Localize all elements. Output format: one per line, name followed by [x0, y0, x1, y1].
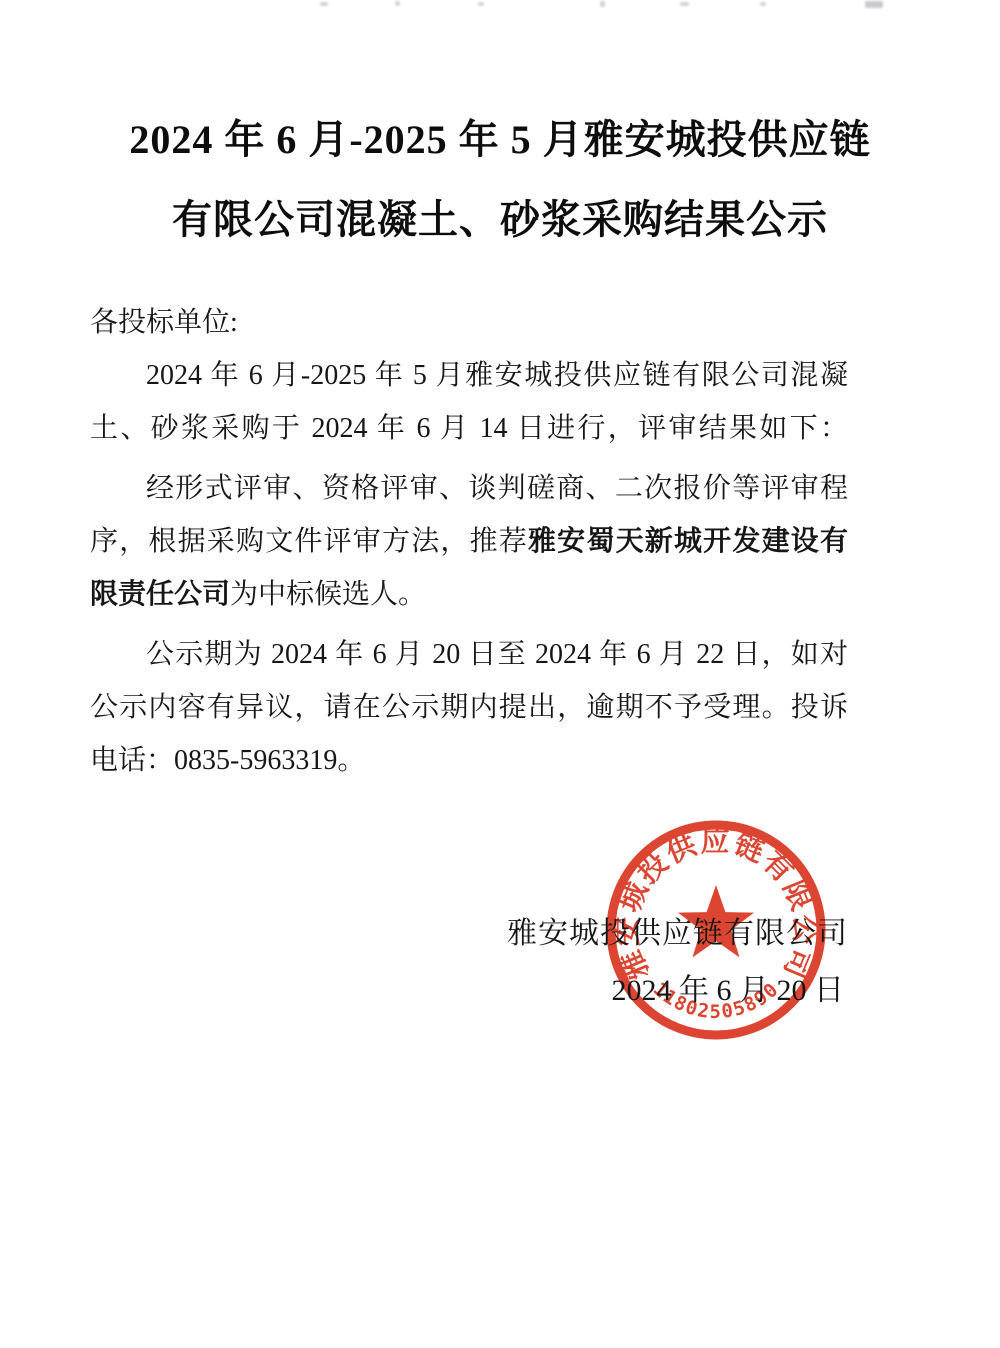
winning-bidder-name: 雅安蜀天新城开发建设有 [528, 526, 848, 557]
body-line: 公示内容有异议，请在公示期内提出，逾期不予受理。投诉 [90, 681, 848, 734]
body-line: 公示期为 2024 年 6 月 20 日至 2024 年 6 月 22 日，如对 [90, 628, 848, 681]
scan-artifacts [0, 0, 1000, 10]
document-title: 2024 年 6 月-2025 年 5 月雅安城投供应链 有限公司混凝土、砂浆采… [0, 100, 1000, 260]
paragraph-2: 经形式评审、资格评审、谈判磋商、二次报价等评审程 序，根据采购文件评审方法，推荐… [90, 462, 848, 621]
title-line-2: 有限公司混凝土、砂浆采购结果公示 [0, 180, 1000, 260]
signature-block: 雅安城投供应链有限公司 2024 年 6 月 20 日 [90, 906, 848, 1020]
signature-company: 雅安城投供应链有限公司 [90, 906, 848, 962]
body-line: 经形式评审、资格评审、谈判磋商、二次报价等评审程 [90, 462, 848, 515]
body-line: 限责任公司为中标候选人。 [90, 568, 848, 621]
paragraph-1: 2024 年 6 月-2025 年 5 月雅安城投供应链有限公司混凝 土、砂浆采… [90, 349, 848, 455]
body-line: 2024 年 6 月-2025 年 5 月雅安城投供应链有限公司混凝 [90, 349, 848, 402]
body-line: 序，根据采购文件评审方法，推荐雅安蜀天新城开发建设有 [90, 515, 848, 568]
signature-date: 2024 年 6 月 20 日 [90, 962, 848, 1020]
salutation: 各投标单位: [90, 296, 848, 349]
paragraph-3: 公示期为 2024 年 6 月 20 日至 2024 年 6 月 22 日，如对… [90, 628, 848, 787]
body-text: 序，根据采购文件评审方法，推荐 [90, 526, 528, 557]
title-line-1: 2024 年 6 月-2025 年 5 月雅安城投供应链 [0, 100, 1000, 180]
document-body: 各投标单位: 2024 年 6 月-2025 年 5 月雅安城投供应链有限公司混… [90, 296, 848, 794]
body-line: 土、砂浆采购于 2024 年 6 月 14 日进行，评审结果如下： [90, 402, 848, 455]
complaint-phone-line: 电话：0835-5963319。 [90, 734, 848, 787]
winning-bidder-name: 限责任公司 [90, 579, 230, 610]
body-text: 为中标候选人。 [230, 579, 426, 610]
